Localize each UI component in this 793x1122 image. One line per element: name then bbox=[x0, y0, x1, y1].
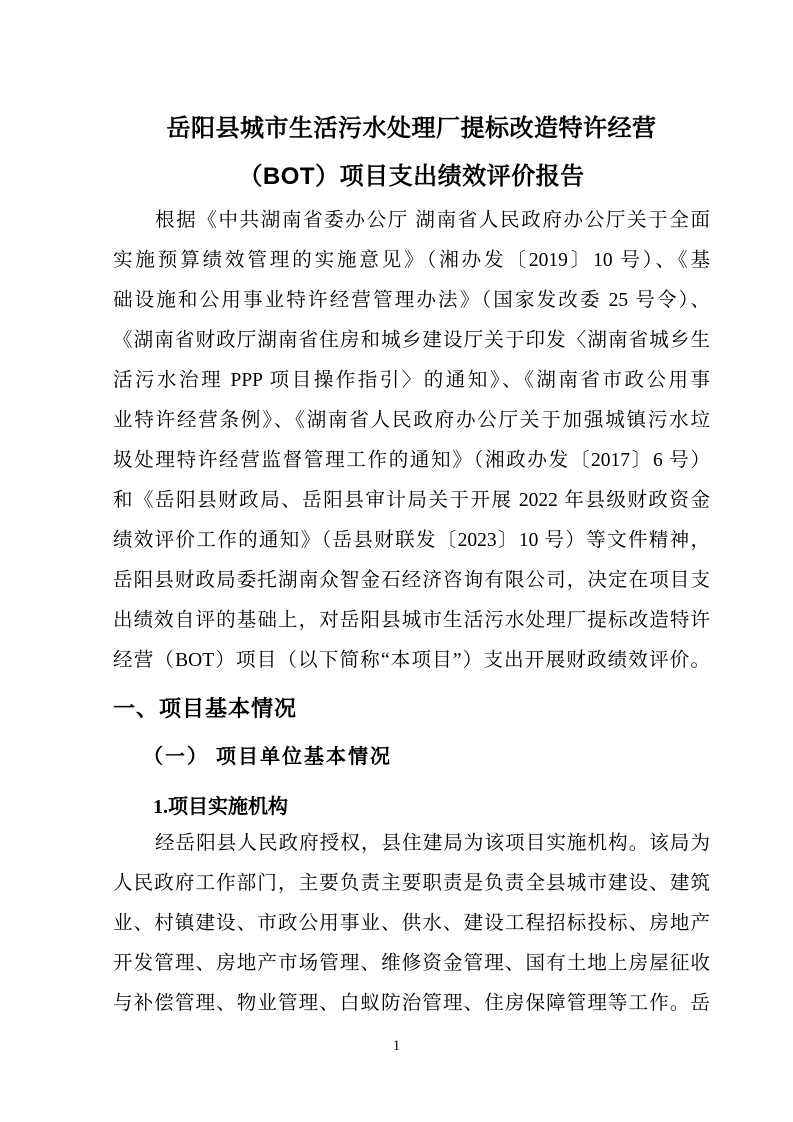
agency-paragraph-line: 业、村镇建设、市政公用事业、供水、建设工程招标投标、房地产 bbox=[113, 904, 710, 944]
intro-paragraph-line: 实施预算绩效管理的实施意见》（湘办发〔2019〕10 号）、《基 bbox=[113, 241, 710, 281]
intro-paragraph-line: 岳阳县财政局委托湖南众智金石经济咨询有限公司，决定在项目支 bbox=[113, 561, 710, 601]
agency-paragraph-line: 开发管理、房地产市场管理、维修资金管理、国有土地上房屋征收 bbox=[113, 944, 710, 984]
implementing-agency-paragraph: 经岳阳县人民政府授权，县住建局为该项目实施机构。该局为 人民政府工作部门，主要负… bbox=[113, 824, 710, 1024]
intro-paragraph-line: 绩效评价工作的通知》（岳县财联发〔2023〕10 号）等文件精神， bbox=[113, 521, 710, 561]
report-title-line-2: （BOT）项目支出绩效评价报告 bbox=[113, 153, 710, 201]
intro-paragraph-line: 圾处理特许经营监督管理工作的通知》（湘政办发〔2017〕6 号） bbox=[113, 441, 710, 481]
intro-paragraph-line: 础设施和公用事业特许经营管理办法》（国家发改委 25 号令）、 bbox=[113, 281, 710, 321]
report-title: 岳阳县城市生活污水处理厂提标改造特许经营 （BOT）项目支出绩效评价报告 bbox=[113, 105, 710, 201]
intro-paragraph-line: 活污水治理 PPP 项目操作指引〉的通知》、《湖南省市政公用事 bbox=[113, 361, 710, 401]
intro-paragraph-line: 和《岳阳县财政局、岳阳县审计局关于开展 2022 年县级财政资金 bbox=[113, 481, 710, 521]
agency-paragraph-line: 与补偿管理、物业管理、白蚁防治管理、住房保障管理等工作。岳 bbox=[113, 984, 710, 1024]
subsection-heading-implementing-agency: 1.项目实施机构 bbox=[113, 792, 710, 822]
intro-paragraph-line: 业特许经营条例》、《湖南省人民政府办公厅关于加强城镇污水垃 bbox=[113, 401, 710, 441]
agency-paragraph-line: 人民政府工作部门，主要负责主要职责是负责全县城市建设、建筑 bbox=[113, 864, 710, 904]
page-content: 岳阳县城市生活污水处理厂提标改造特许经营 （BOT）项目支出绩效评价报告 根据《… bbox=[113, 105, 710, 1024]
intro-paragraph-line: 《湖南省财政厅湖南省住房和城乡建设厅关于印发〈湖南省城乡生 bbox=[113, 321, 710, 361]
intro-paragraph-line: 经营（BOT）项目（以下简称“本项目”）支出开展财政绩效评价。 bbox=[113, 641, 710, 681]
subsection-heading-project-unit: （一） 项目单位基本情况 bbox=[113, 742, 710, 772]
document-page: 岳阳县城市生活污水处理厂提标改造特许经营 （BOT）项目支出绩效评价报告 根据《… bbox=[0, 0, 793, 1122]
section-heading-project-overview: 一、项目基本情况 bbox=[113, 694, 710, 724]
report-title-line-1: 岳阳县城市生活污水处理厂提标改造特许经营 bbox=[113, 105, 710, 153]
intro-paragraph-line: 根据《中共湖南省委办公厅 湖南省人民政府办公厅关于全面 bbox=[113, 201, 710, 241]
intro-paragraph-line: 出绩效自评的基础上，对岳阳县城市生活污水处理厂提标改造特许 bbox=[113, 601, 710, 641]
page-number: 1 bbox=[0, 1036, 793, 1056]
agency-paragraph-line: 经岳阳县人民政府授权，县住建局为该项目实施机构。该局为 bbox=[113, 824, 710, 864]
intro-paragraph: 根据《中共湖南省委办公厅 湖南省人民政府办公厅关于全面 实施预算绩效管理的实施意… bbox=[113, 201, 710, 681]
